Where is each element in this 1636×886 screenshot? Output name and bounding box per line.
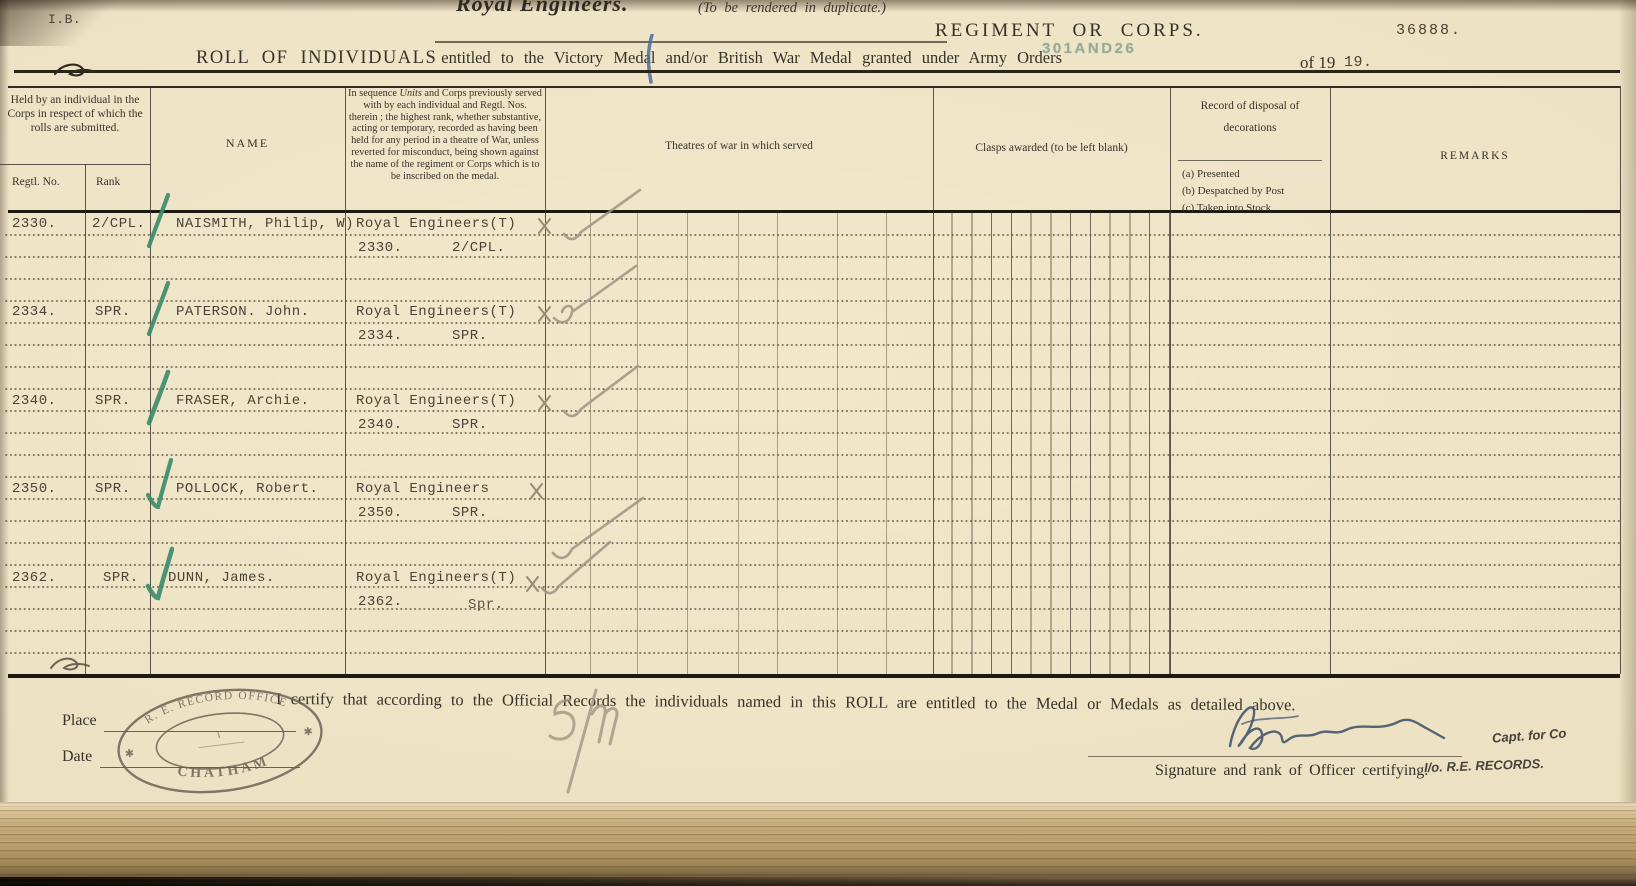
page-title-main: ROLL OF INDIVIDUALS <box>196 48 437 68</box>
svg-text:CHATHAM: CHATHAM <box>175 753 273 786</box>
header-clasps: Clasps awarded (to be left blank) <box>933 142 1170 156</box>
regtl-no: 2362. <box>12 570 57 586</box>
header-theatres: Theatres of war in which served <box>545 140 933 154</box>
header-remarks: REMARKS <box>1330 150 1620 164</box>
regtl-no: 2330. <box>12 216 57 232</box>
rule-squiggle-bottom <box>48 652 92 676</box>
green-tick-icon <box>144 369 172 427</box>
header-name: NAME <box>150 136 345 150</box>
table-row: 2330. 2/CPL. NAISMITH, Philip, W) Royal … <box>0 216 1636 306</box>
entry-unit-rank: SPR. <box>452 328 488 344</box>
book-page-edges <box>0 802 1636 886</box>
entry-unit-no: 2334. <box>358 328 403 344</box>
rank: SPR. <box>103 570 139 586</box>
entry-name: NAISMITH, Philip, W) <box>176 216 354 232</box>
entry-unit-rank: SPR. <box>452 417 488 433</box>
place-label: Place <box>62 712 97 730</box>
heldby-divider <box>0 164 150 165</box>
header-units-post: and Corps previously served with by each… <box>349 88 542 182</box>
entry-name: FRASER, Archie. <box>176 393 310 409</box>
green-tick-icon <box>144 280 172 338</box>
pencil-cross-icon <box>528 482 546 500</box>
header-regtl-no: Regtl. No. <box>12 176 60 188</box>
entry-unit-no: 2350. <box>358 505 403 521</box>
header-disposal-1: Record of disposal of <box>1172 100 1328 114</box>
table-top-line <box>8 86 1620 88</box>
table-row: 2334. SPR. PATERSON. John. Royal Enginee… <box>0 304 1636 394</box>
rank: SPR. <box>95 481 131 497</box>
entry-unit: Royal Engineers(T) <box>356 304 516 320</box>
blue-pen-stroke <box>643 34 659 84</box>
rank: SPR. <box>95 393 131 409</box>
table-row: 2340. SPR. FRASER, Archie. Royal Enginee… <box>0 393 1636 483</box>
entry-name: POLLOCK, Robert. <box>176 481 318 497</box>
pencil-tick-icon <box>560 186 645 246</box>
entry-unit: Royal Engineers(T) <box>356 570 516 586</box>
officer-signature <box>1212 694 1462 762</box>
entry-unit-no: 2330. <box>358 240 403 256</box>
green-tick-icon <box>144 457 174 515</box>
signature-caption: Signature and rank of Officer certifying… <box>1155 762 1428 780</box>
entry-unit: Royal Engineers(T) <box>356 393 516 409</box>
regtl-no: 2334. <box>12 304 57 320</box>
entry-unit: Royal Engineers(T) <box>356 216 516 232</box>
header-disposal-c: (c) Taken into Stock <box>1182 202 1271 214</box>
pencil-tick-icon <box>560 363 645 423</box>
roll-number: 36888. <box>1396 22 1462 39</box>
disposal-divider <box>1178 160 1322 161</box>
stamp-star-left: ✱ <box>124 748 135 761</box>
regiment-handwritten: Royal Engineers. <box>456 0 628 17</box>
entry-unit: Royal Engineers <box>356 481 490 497</box>
rank: SPR. <box>95 304 131 320</box>
date-label: Date <box>62 748 92 766</box>
header-disposal-2: decorations <box>1172 122 1328 136</box>
regiment-or-corps-label: REGIMENT OR CORPS. <box>935 20 1204 42</box>
header-disposal-a: (a) Presented <box>1182 168 1240 180</box>
regtl-no: 2340. <box>12 393 57 409</box>
entry-unit-no: 2340. <box>358 417 403 433</box>
book-edge-shadow <box>0 877 1063 886</box>
corner-code: I.B. <box>48 12 81 27</box>
pencil-tick-icon <box>548 260 643 330</box>
page-title-rest: entitled to the Victory Medal and/or Bri… <box>441 48 1062 67</box>
pencil-tick-icon <box>538 538 623 600</box>
entry-unit-rank: Spr. <box>468 597 504 613</box>
records-stamp: I/o. R.E. RECORDS. <box>1424 756 1544 775</box>
table-row: 2350. SPR. POLLOCK, Robert. Royal Engine… <box>0 481 1636 571</box>
record-office-stamp: R. E. RECORD OFFICE CHATHAM ✱ ✱ <box>96 668 345 814</box>
duplicate-note: (To be rendered in duplicate.) <box>698 0 886 17</box>
header-units: In sequence Units and Corps previously s… <box>348 88 542 182</box>
title-year-typed: 19. <box>1344 54 1373 71</box>
header-rank: Rank <box>96 176 120 188</box>
header-units-pre: In sequence <box>348 88 399 99</box>
entry-unit-no: 2362. <box>358 594 403 610</box>
regiment-blank-line <box>435 41 947 43</box>
pencil-note <box>532 688 632 796</box>
signature-line <box>1088 756 1462 757</box>
entry-name: DUNN, James. <box>168 570 275 586</box>
entry-unit-rank: 2/CPL. <box>452 240 505 256</box>
stamp-star-right: ✱ <box>303 726 314 739</box>
stamp-office-bottom-text: CHATHAM <box>175 753 273 786</box>
entry-unit-rank: SPR. <box>452 505 488 521</box>
certification-text: I certify that according to the Official… <box>276 689 1256 715</box>
header-units-italic: Units <box>400 88 422 99</box>
header-held-by: Held by an individual in the Corps in re… <box>6 94 144 135</box>
header-disposal-b: (b) Despatched by Post <box>1182 185 1284 197</box>
pencil-cross-icon <box>536 217 554 235</box>
header-bottom-line <box>8 210 1620 213</box>
table-row: 2362. SPR. DUNN, James. Royal Engineers(… <box>0 570 1636 660</box>
page-title: ROLL OF INDIVIDUALS entitled to the Vict… <box>196 48 1062 69</box>
rule-squiggle <box>52 60 98 82</box>
title-rule <box>14 70 1620 73</box>
entry-name: PATERSON. John. <box>176 304 310 320</box>
medal-roll-document: I.B. Royal Engineers. (To be rendered in… <box>0 0 1636 886</box>
green-tick-icon <box>144 192 172 250</box>
rank: 2/CPL. <box>92 216 145 232</box>
regtl-no: 2350. <box>12 481 57 497</box>
rank-stamp: Capt. for Co <box>1492 725 1567 745</box>
pencil-cross-icon <box>536 394 554 412</box>
